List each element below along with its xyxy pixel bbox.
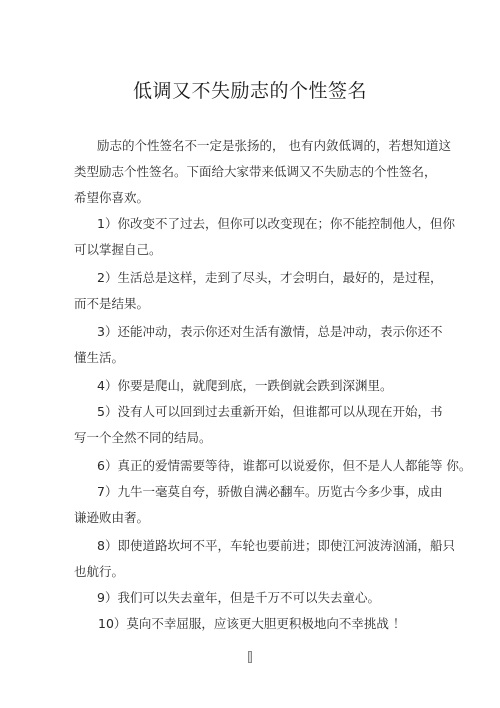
page-title: 低调又不失励志的个性签名 xyxy=(0,76,500,103)
item-3-line-1: 3）还能冲动，表示你还对生活有激情，总是冲动，表示你还不 xyxy=(97,322,500,340)
item-7-line-2: 谦逊败由奢。 xyxy=(74,508,500,526)
item-1-line-1: 1）你改变不了过去，但你可以改变现在；你不能控制他人，但你 xyxy=(97,214,500,232)
page-marker xyxy=(248,651,252,663)
intro-line-3: 希望你喜欢。 xyxy=(74,188,500,206)
item-5-line-2: 写一个全然不同的结局。 xyxy=(74,428,500,446)
item-7-line-1: 7）九牛一毫莫自夸，骄傲自满必翻车。历览古今多少事，成由 xyxy=(97,482,500,500)
item-6-line-1: 6）真正的爱情需要等待，谁都可以说爱你，但不是人人都能等 你。 xyxy=(97,456,500,474)
intro-line-1: 励志的个性签名不一定是张扬的， 也有内敛低调的，若想知道这 xyxy=(97,136,500,154)
item-9-line-1: 9）我们可以失去童年，但是千万不可以失去童心。 xyxy=(97,588,500,606)
item-10-line-1: 10）莫向不幸屈服，应该更大胆更积极地向不幸挑战 ！ xyxy=(98,614,500,632)
item-2-line-2: 而不是结果。 xyxy=(74,294,500,312)
item-8-line-1: 8）即使道路坎坷不平，车轮也要前进；即使江河波涛汹涌，船只 xyxy=(97,536,500,554)
item-2-line-1: 2）生活总是这样，走到了尽头，才会明白，最好的，是过程， xyxy=(97,268,500,286)
item-3-line-2: 懂生活。 xyxy=(74,348,500,366)
item-1-line-2: 可以掌握自己。 xyxy=(74,240,500,258)
item-5-line-1: 5）没有人可以回到过去重新开始，但谁都可以从现在开始，书 xyxy=(97,402,500,420)
item-4-line-1: 4）你要是爬山，就爬到底，一跌倒就会跌到深渊里。 xyxy=(97,376,500,394)
intro-line-2: 类型励志个性签名。下面给大家带来低调又不失励志的个性签名， xyxy=(74,162,500,180)
item-8-line-2: 也航行。 xyxy=(74,562,500,580)
